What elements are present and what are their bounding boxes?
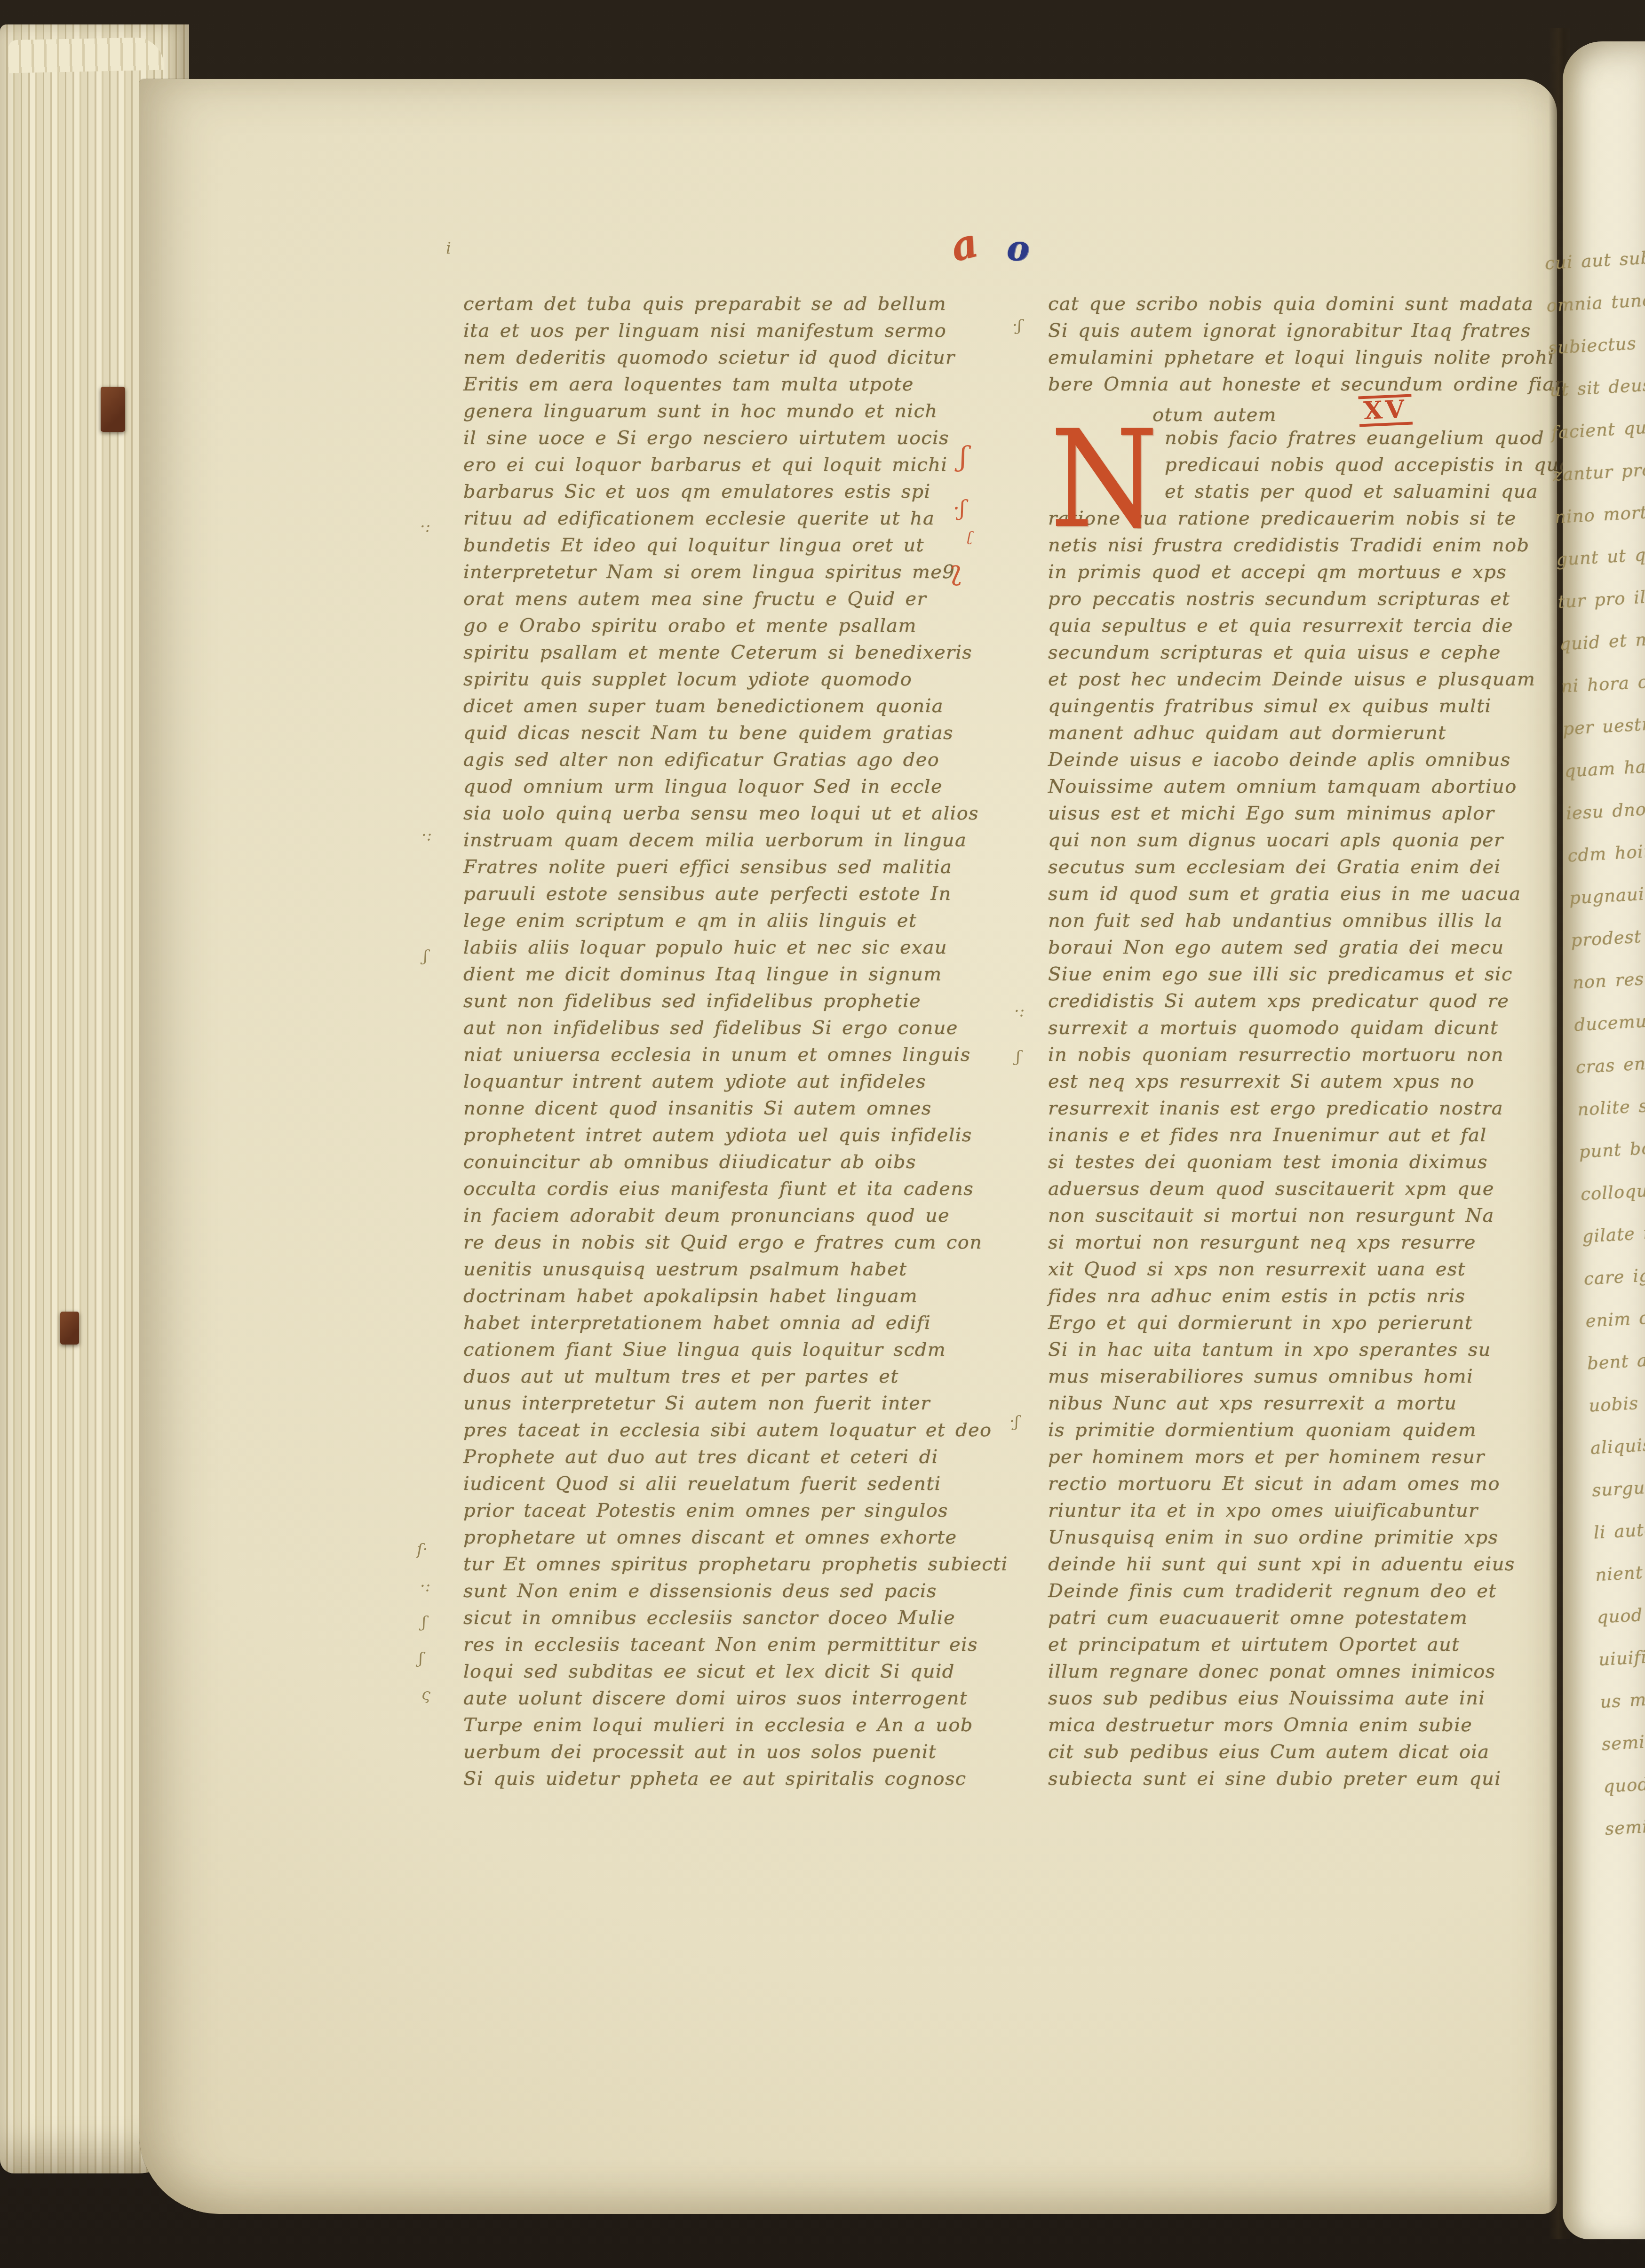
rubric-margin-mark: ʃ [960,440,967,472]
manuscript-photo: a o certam det tuba quis preparabit se a… [0,0,1645,2268]
left-column-line: genera linguarum sunt in hoc mundo et ni… [463,398,956,425]
left-column-line: doctrinam habet apokalipsin habet lingua… [463,1283,956,1310]
left-column-line: re deus in nobis sit Quid ergo e fratres… [463,1229,956,1256]
right-column-line: si mortui non resurgunt neq xps resurre [1048,1229,1503,1256]
right-column-line: patri cum euacuauerit omne potestatem [1048,1605,1503,1631]
right-column-line: mica destruetur mors Omnia enim subie [1048,1712,1503,1739]
right-column-line: surrexit a mortuis quomodo quidam dicunt [1048,1015,1503,1042]
facing-page-line: cui aut subi [1544,235,1645,285]
scribal-margin-mark: ʃ [423,947,428,965]
right-column-line: non suscitauit si mortui non resurgunt N… [1048,1202,1503,1229]
left-column-line: lege enim scriptum e qm in aliis linguis… [463,907,956,934]
right-column-line: aduersus deum quod suscitauerit xpm que [1048,1176,1503,1202]
chapter-number-rubric: XV [1358,394,1412,427]
right-column-line: xit Quod si xps non resurrexit uana est [1048,1256,1503,1283]
facing-page-line: tur pro illis ut [1557,573,1645,623]
left-column-line: sunt Non enim e dissensionis deus sed pa… [463,1578,956,1605]
facing-page-line: li autem corpore ue [1593,1504,1645,1554]
left-column-line: spiritu psallam et mente Ceterum si bene… [463,639,956,666]
scribal-margin-mark: ·ʃ [1012,316,1022,335]
rubric-margin-mark: ·ʃ [953,497,965,521]
facing-page-line: nolite seduci corrum [1577,1081,1645,1131]
facing-page-line: bent ad reuerentia [1586,1335,1645,1385]
rubric-margin-mark: ʅ [949,554,962,586]
left-column-line: habet interpretationem habet omnia ad ed… [463,1310,956,1337]
manuscript-page: a o certam det tuba quis preparabit se a… [139,79,1557,2214]
facing-page-line: seminas non corpus [1601,1716,1645,1766]
right-column-line: cit sub pedibus eius Cum autem dicat oia [1048,1739,1503,1766]
right-column-line: nibus Nunc aut xps resurrexit a mortu [1048,1390,1503,1417]
left-column-line: nem dederitis quomodo scietur id quod di… [463,344,956,371]
left-column-line: occulta cordis eius manifesta fiunt et i… [463,1176,956,1202]
left-column-line: cationem fiant Siue lingua quis loquitur… [463,1337,956,1363]
right-column-line: uisus est et michi Ego sum minimus aplor [1048,800,1503,827]
facing-page-line: per uestram gloriam fr [1562,700,1645,750]
right-column-line: Ergo et qui dormierunt in xpo perierunt [1048,1310,1503,1337]
facing-page-line: gunt ut quid baptisan [1556,531,1645,581]
right-column-line: resurrexit inanis est ergo predicatio no… [1048,1095,1503,1122]
left-column-line: nonne dicent quod insanitis Si autem omn… [463,1095,956,1122]
left-column-line: Prophete aut duo aut tres dicant et cete… [463,1444,956,1471]
right-column-line: Deinde uisus e iacobo deinde aplis omnib… [1048,747,1503,773]
facing-page-line: ducemus et bibam [1573,996,1645,1047]
facing-page-line: quid et nos periclitamur om [1559,615,1645,666]
left-column-line: conuincitur ab omnibus diiudicatur ab oi… [463,1149,956,1176]
facing-page-line: prodest si mortui [1570,912,1645,962]
left-column-line: quid dicas nescit Nam tu bene quidem gra… [463,720,956,747]
right-column-line: et post hec undecim Deinde uisus e plusq… [1048,666,1503,693]
facing-page-line: cras enim moriamur [1575,1039,1645,1089]
facing-page-line: subiectus erit omnia i [1547,319,1645,370]
scribal-margin-mark: ʃ [419,1649,423,1668]
right-column-line: inanis e et fides nra Inuenimur aut et f… [1048,1122,1503,1149]
scribal-margin-mark: ·: [421,826,432,845]
scribal-margin-mark: ς [421,1685,430,1704]
leather-tab [60,1312,79,1345]
facing-page-line: iesu dno nro Si s [1565,785,1645,835]
facing-page-line: punt bonos mores [1578,1123,1645,1173]
facing-page-line: zantur pro mortuis Si om [1552,446,1645,497]
left-column-line: il sine uoce e Si ergo nesciero uirtutem… [463,425,956,452]
facing-page-line: quod seminas non [1596,1589,1645,1639]
facing-page-line: gilate iusti et nolite pec [1581,1208,1645,1258]
left-column-line: ita et uos per linguam nisi manifestum s… [463,318,956,344]
right-column-line: Si quis autem ignorat ignorabitur Itaq f… [1048,318,1503,344]
right-column-line: si testes dei quoniam test imonia diximu… [1048,1149,1503,1176]
left-column-line: bundetis Et ideo qui loquitur lingua ore… [463,532,956,559]
facing-page-line: seminas sed nudum [1604,1800,1645,1850]
left-column-line: certam det tuba quis preparabit se ad be… [463,291,956,318]
left-column-line: tur Et omnes spiritus prophetaru prophet… [463,1551,956,1578]
left-column-line: quod omnium urm lingua loquor Sed in ecc… [463,773,956,800]
right-column-line: mus miserabiliores sumus omnibus homi [1048,1363,1503,1390]
left-column-line: paruuli estote sensibus aute perfecti es… [463,881,956,907]
left-column-line: uenitis unusquisq uestrum psalmum habet [463,1256,956,1283]
right-column-line: illum regnare donec ponat omnes inimicos [1048,1658,1503,1685]
left-column-line: Turpe enim loqui mulieri in ecclesia e A… [463,1712,956,1739]
left-column-line: barbarus Sic et uos qm emulatores estis … [463,478,956,505]
facing-page-line: uiuificatur nisi pri [1598,1631,1645,1681]
left-column-line: loquantur intrent autem ydiote aut infid… [463,1068,956,1095]
left-column-line: Eritis em aera loquentes tam multa utpot… [463,371,956,398]
right-column-line: quingentis fratribus simul ex quibus mul… [1048,693,1503,720]
leather-tab [101,387,125,432]
right-column-line: est neq xps resurrexit Si autem xpus no [1048,1068,1503,1095]
left-column-line: instruam quam decem milia uerborum in li… [463,827,956,854]
left-column-line: labiis aliis loquar populo huic et nec s… [463,934,956,961]
facing-page-line: care ignorantiam [1583,1250,1645,1300]
facing-page-line: enim dei quidam ha [1585,1292,1645,1343]
left-column-line: dicet amen super tuam benedictionem quon… [463,693,956,720]
right-column-line: deinde hii sunt qui sunt xpi in aduentu … [1048,1551,1503,1578]
facing-page-line: non resurgunt ma [1572,954,1645,1004]
chapter-body: Nnobis facio fratres euangelium quodpred… [1048,425,1503,1792]
right-column-line: manent adhuc quidam aut dormierunt [1048,720,1503,747]
facing-page-line: quam habeo in xpo [1564,742,1645,793]
right-column-line: Deinde finis cum tradiderit regnum deo e… [1048,1578,1503,1605]
left-column-line: spiritu quis supplet locum ydiote quomod… [463,666,956,693]
right-column-line: quia sepultus e et quia resurrexit terci… [1048,613,1503,639]
facing-page-line: ni hora cottidie morior [1560,658,1645,708]
left-column-line: dient me dicit dominus Itaq lingue in si… [463,961,956,988]
facing-page-line: pugnaui ephesi q [1568,869,1645,920]
left-column-line: sicut in omnibus ecclesiis sanctor doceo… [463,1605,956,1631]
left-column-line: agis sed alter non edificatur Gratias ag… [463,747,956,773]
left-column-line: prior taceat Potestis enim omnes per sin… [463,1497,956,1524]
rubricated-initial-box: N [1048,425,1165,505]
right-column-line: subiecta sunt ei sine dubio preter eum q… [1048,1766,1503,1792]
left-column-line: ero ei cui loquor barbarus et qui loquit… [463,452,956,478]
left-column-line: go e Orabo spiritu orabo et mente psalla… [463,613,956,639]
scribal-margin-mark: ·ʃ [1009,1412,1019,1431]
right-column-line: in nobis quoniam resurrectio mortuoru no… [1048,1042,1503,1068]
facing-page-line: nino mortui non resur [1554,488,1645,539]
text-column-right: cat que scribo nobis quia domini sunt ma… [1048,291,1503,1792]
right-column-line: in primis quod et accepi qm mortuus e xp… [1048,559,1503,586]
right-column-line: Siue enim ego sue illi sic predicamus et… [1048,961,1503,988]
scribal-margin-mark: ·: [420,517,430,536]
left-column-line: interpretetur Nam si orem lingua spiritu… [463,559,956,586]
left-column-line: duos aut ut multum tres et per partes et [463,1363,956,1390]
facing-page-line: uobis loquor Sed dicet [1588,1377,1645,1427]
chapter-opening-word: otum autem [1152,404,1277,426]
left-column-line: uerbum dei processit aut in uos solos pu… [463,1739,956,1766]
right-column-line: credidistis Si autem xps predicatur quod… [1048,988,1503,1015]
scribal-margin-mark: ·: [420,1577,430,1596]
right-column-line: fides nra adhuc enim estis in pctis nris [1048,1283,1503,1310]
right-column-line: boraui Non ego autem sed gratia dei mecu [1048,934,1503,961]
text-column-left: certam det tuba quis preparabit se ad be… [463,291,956,1792]
left-column-line: sunt non fidelibus sed infidelibus proph… [463,988,956,1015]
facing-page-line: cdm hoim ad bestias [1567,827,1645,877]
facing-page-line: aliquis quomodo re [1589,1419,1645,1470]
left-column-line: Fratres nolite pueri effici sensibus sed… [463,854,956,881]
right-column-line: secutus sum ecclesiam dei Gratia enim de… [1048,854,1503,881]
right-column-line: riuntur ita et in xpo omes uiuificabuntu… [1048,1497,1503,1524]
left-column-line: iudicent Quod si alii reuelatum fuerit s… [463,1471,956,1497]
facing-page-line: us moriatur et quod [1599,1673,1645,1724]
left-column-line: Si quis uidetur ppheta ee aut spiritalis… [463,1766,956,1792]
left-column-line: prophetent intret autem ydiota uel quis … [463,1122,956,1149]
right-column-line: sum id quod sum et gratia eius in me uac… [1048,881,1503,907]
left-column-line: res in ecclesiis taceant Non enim permit… [463,1631,956,1658]
facing-page-line: colloquia mala eui [1580,1165,1645,1216]
ornament-red-glyph: a [946,223,982,268]
left-column-line: in faciem adorabit deum pronuncians quod… [463,1202,956,1229]
right-column-line: emulamini pphetare et loqui linguis noli… [1048,344,1503,371]
right-column-line: qui non sum dignus uocari apls quonia pe… [1048,827,1503,854]
page-edges-top [8,37,164,73]
scribal-margin-mark: i [446,239,451,258]
right-column-line: per hominem mors et per hominem resur [1048,1444,1503,1471]
right-column-line: Si in hac uita tantum in xpo sperantes s… [1048,1337,1503,1363]
left-column-line: rituu ad edificationem ecclesie querite … [463,505,956,532]
right-column-line: non fuit sed hab undantius omnibus illis… [1048,907,1503,934]
facing-page-line: omnia tunc et ipse filius s [1546,277,1645,327]
facing-page-line: surgunt mortui qua [1591,1462,1645,1512]
left-column-line: prophetare ut omnes discant et omnes exh… [463,1524,956,1551]
scribal-margin-mark: ſ· [417,1540,428,1559]
right-column-line: Nouissime autem omnium tamquam abortiuo [1048,773,1503,800]
right-column-line: rectio mortuoru Et sicut in adam omes mo [1048,1471,1503,1497]
right-column-line: Unusquisq enim in suo ordine primitie xp… [1048,1524,1503,1551]
left-column-line: loqui sed subditas ee sicut et lex dicit… [463,1658,956,1685]
facing-page-sliver: cui aut subiomnia tunc et ipse filius ss… [1563,41,1645,2239]
scribal-margin-mark: ʃ [422,1613,426,1631]
rubric-margin-mark: ʗ [967,529,973,545]
right-column-line: et principatum et uirtutem Oportet aut [1048,1631,1503,1658]
rubricated-initial-letter: N [1050,413,1158,547]
left-column-line: sia uolo quinq uerba sensu meo loqui ut … [463,800,956,827]
right-column-line: pro peccatis nostris secundum scripturas… [1048,586,1503,613]
right-column-line: bere Omnia aut honeste et secundum ordin… [1048,371,1503,398]
right-column-line: secundum scripturas et quia uisus e ceph… [1048,639,1503,666]
left-column-line: aut non infidelibus sed fidelibus Si erg… [463,1015,956,1042]
left-column-line: pres taceat in ecclesia sibi autem loqua… [463,1417,956,1444]
facing-page-line: quod futurum est [1603,1758,1645,1808]
right-column-line: cat que scribo nobis quia domini sunt ma… [1048,291,1503,318]
facing-page-line: nient insipiens tu [1595,1546,1645,1597]
left-column-line: unus interpretetur Si autem non fuerit i… [463,1390,956,1417]
facing-page-line: facient qui bapti [1550,404,1645,454]
right-column-line: is primitie dormientium quoniam quidem [1048,1417,1503,1444]
left-column-line: aute uolunt discere domi uiros suos inte… [463,1685,956,1712]
right-column-line: suos sub pedibus eius Nouissima aute ini [1048,1685,1503,1712]
scribal-margin-mark: ·: [1014,1002,1025,1021]
left-column-line: niat uniuersa ecclesia in unum et omnes … [463,1042,956,1068]
scribal-margin-mark: ʃ [1016,1047,1020,1066]
left-column-line: orat mens autem mea sine fructu e Quid e… [463,586,956,613]
ornament-blue-glyph: o [1007,231,1029,265]
facing-page-line: ut sit deus alioquin quid [1549,362,1645,412]
